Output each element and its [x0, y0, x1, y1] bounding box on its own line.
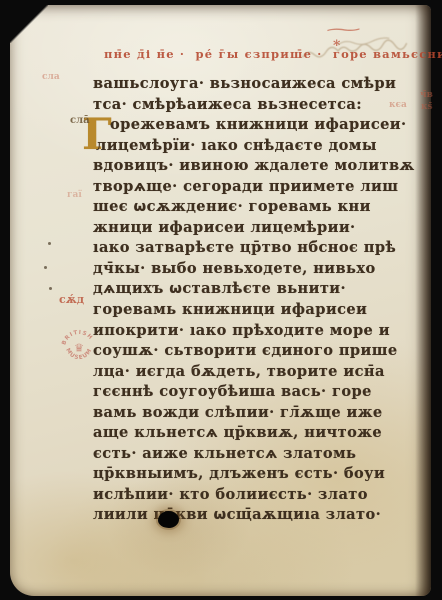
text-line: цр̄квныимъ, длъженъ єсть· боуи [93, 464, 425, 485]
parchment-hole [158, 511, 179, 528]
rubric-heading: пн̄е д̄і н̄е · ре́ г̄ы єзприш̄е · горе в… [104, 47, 442, 61]
margin-note-left: гаї [67, 190, 82, 200]
margin-note-left: сѫ́д [59, 293, 84, 306]
text-line: дч̄кы· выбо невьходете, нивьхо [93, 259, 425, 280]
text-line: тса· смѣрѣаижеса вьзнесетса: [93, 95, 425, 116]
ink-speck [49, 287, 52, 290]
text-line: вашьслоуга· вьзносаижеса смѣри [93, 74, 425, 95]
british-museum-stamp: BRITISH MUSEUM ♛ [59, 327, 99, 367]
text-line: шеє ѡсѫждениє· горевамь кни [93, 197, 425, 218]
text-line: орежевамъ книжници ифарисеи· [93, 115, 425, 136]
text-line: лца· иєгда бѫдеть, творите исн̄а [93, 362, 425, 383]
text-line: лиили цр̄кви ѡсщ̄аѫщиıа злато· [93, 505, 425, 526]
ink-speck [48, 242, 51, 245]
margin-note-right: ч̄в [420, 90, 433, 100]
torn-corner [10, 5, 48, 43]
ink-speck [44, 266, 47, 269]
text-line: ıако затварѣєте цр̄тво нб̄сноє прѣ [93, 238, 425, 259]
photo-frame: ~ * пн̄е д̄і н̄е · ре́ г̄ы єзприш̄е · го… [0, 0, 442, 600]
text-line: вамь вожди слѣпии· гл̄ѫще иже [93, 403, 425, 424]
margin-note-right: кѕ̄ [421, 102, 433, 112]
text-line: ислѣпии· кто болииєсть· злато [93, 485, 425, 506]
margin-note-right: кєа [389, 100, 407, 110]
margin-note-left: сла [42, 72, 60, 82]
text-line: вдовицъ· ивиною ждалете молитвѫ [93, 156, 425, 177]
text-line: соушѫ· сьтворити єдиного прише [93, 341, 425, 362]
margin-note-left: сла̄ [70, 115, 90, 126]
text-line: ипокрити· ıако прѣходите море и [93, 321, 425, 342]
text-line: лицемѣрїи· ıако снѣдаєте домы [93, 136, 425, 157]
text-line: єсть· аиже кльнетсѧ златомь [93, 444, 425, 465]
crown-icon: ♛ [74, 342, 84, 355]
text-line: аще кльнетсѧ цр̄квиѫ, ничтоже [93, 423, 425, 444]
text-line: жници ифарисеи лицемѣрии· [93, 218, 425, 239]
text-line: творѧще· сегоради приимете лиш [93, 177, 425, 198]
text-line: горевамь книжници ифарисеи [93, 300, 425, 321]
main-text-block: вашьслоуга· вьзносаижеса смѣри тса· смѣр… [93, 74, 425, 526]
text-line: гєєннѣ соугоубѣиша вась· горе [93, 382, 425, 403]
text-line: дѧщихъ ѡставлѣєте вьнити· [93, 279, 425, 300]
